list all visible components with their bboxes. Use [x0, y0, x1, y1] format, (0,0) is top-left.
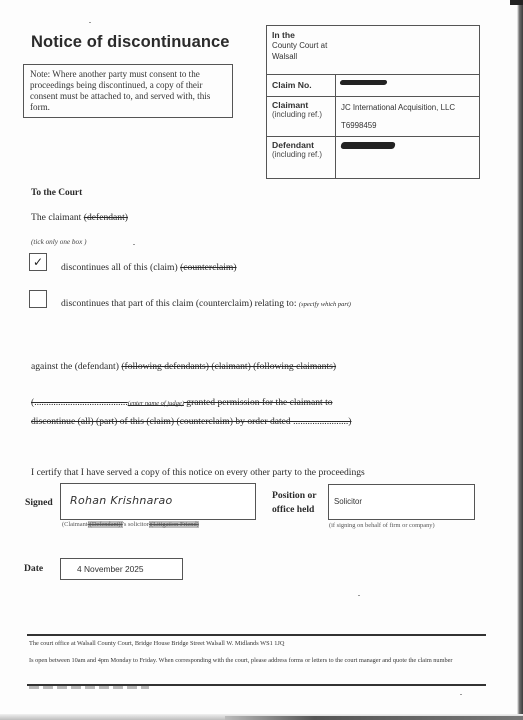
signatory-capacity: (Claimant)(Defendant)('s solicitor)(Liti… — [62, 521, 199, 528]
court-office-address: The court office at Walsall County Court… — [29, 640, 284, 647]
signature-field[interactable]: Rohan Krishnarao — [60, 483, 256, 520]
scan-shadow-bottom — [225, 716, 523, 720]
position-label: Position or office held — [272, 489, 317, 517]
permission-line-2: discontinue (all) (part) of this (claim)… — [31, 416, 352, 427]
scan-edge-right — [517, 0, 523, 720]
defendant-label: Defendant (including ref.) — [272, 140, 322, 160]
discontinue-all-label: discontinues all of this (claim) (counte… — [61, 262, 237, 273]
court-opening-hours: Is open between 10am and 4pm Monday to F… — [29, 654, 489, 668]
defendant-redacted — [340, 142, 395, 149]
scan-speck — [460, 694, 462, 695]
date-field[interactable]: 4 November 2025 — [60, 558, 183, 580]
party-defendant-struck: (defendant) — [84, 212, 128, 223]
party-statement: The claimant (defendant) — [31, 212, 128, 223]
tick-instruction: (tick only one box ) — [31, 238, 86, 246]
capacity-defendant-struck: )(Defendant)( — [88, 521, 123, 528]
defendant-sub-label: (including ref.) — [272, 150, 322, 160]
against-statement: against the (defendant) (following defen… — [31, 361, 336, 372]
signed-label: Signed — [25, 497, 53, 508]
position-label-line2: office held — [272, 503, 317, 517]
discontinue-all-text: discontinues all of this (claim) — [61, 262, 180, 273]
signature-value: Rohan Krishnarao — [70, 494, 173, 507]
defendant-label-text: Defendant — [272, 140, 314, 150]
certification-statement: I certify that I have served a copy of t… — [31, 467, 365, 478]
discontinue-part-label: discontinues that part of this claim (co… — [61, 298, 351, 309]
capacity-litigation-friend-struck: )(Litigation Friend) — [149, 521, 199, 528]
judge-name-hint: (enter name of judge) — [128, 400, 184, 407]
consent-note: Note: Where another party must consent t… — [23, 64, 233, 118]
against-text: against the (defendant) — [31, 361, 121, 372]
in-the-label: In the — [272, 30, 295, 40]
against-struck-options: (following defendants) (claimant) (follo… — [121, 361, 336, 372]
claim-no-redacted — [340, 80, 388, 85]
claimant-label: Claimant (including ref.) — [272, 100, 322, 120]
position-field[interactable]: Solicitor — [328, 484, 475, 520]
date-label: Date — [24, 563, 43, 574]
position-value: Solicitor — [334, 497, 362, 506]
court-name-line2: Walsall — [272, 52, 297, 61]
claim-no-label: Claim No. — [272, 80, 312, 90]
position-note: (if signing on behalf of firm or company… — [329, 522, 435, 529]
truncated-form-code — [29, 686, 149, 689]
capacity-solicitor: 's solicitor — [123, 521, 149, 528]
to-the-court-heading: To the Court — [31, 188, 82, 198]
claimant-sub-label: (including ref.) — [272, 110, 322, 120]
form-title: Notice of discontinuance — [31, 33, 230, 52]
court-details-table: In the County Court at Walsall Claim No.… — [266, 25, 480, 179]
claimant-label-text: Claimant — [272, 100, 308, 110]
table-row-divider — [267, 74, 479, 75]
claimant-reference: T6998459 — [341, 121, 377, 130]
claimant-name: JC International Acquisition, LLC — [341, 103, 455, 112]
scan-edge-top — [510, 0, 523, 5]
footer-top-rule — [27, 634, 486, 636]
date-value: 4 November 2025 — [77, 564, 144, 574]
judge-dots: (....................................... — [31, 397, 128, 408]
table-row-divider — [267, 96, 479, 97]
specify-part-hint: (specify which part) — [299, 301, 351, 308]
discontinue-part-checkbox[interactable] — [29, 290, 47, 308]
permission-text: granted permission for the claimant to — [184, 397, 333, 408]
counterclaim-struck: (counterclaim) — [180, 262, 236, 273]
scan-speck — [133, 244, 135, 245]
table-row-divider — [267, 136, 479, 137]
court-name-line1: County Court at — [272, 41, 327, 50]
permission-line-1: (.......................................… — [31, 397, 333, 408]
discontinue-all-checkbox[interactable]: ✓ — [29, 253, 47, 271]
scan-speck — [89, 22, 91, 23]
position-label-line1: Position or — [272, 489, 317, 503]
party-claimant: The claimant — [31, 212, 84, 223]
capacity-claimant: (Claimant — [62, 521, 88, 528]
discontinue-part-text: discontinues that part of this claim (co… — [61, 298, 299, 309]
table-column-divider — [335, 74, 336, 178]
scan-speck — [358, 595, 360, 596]
